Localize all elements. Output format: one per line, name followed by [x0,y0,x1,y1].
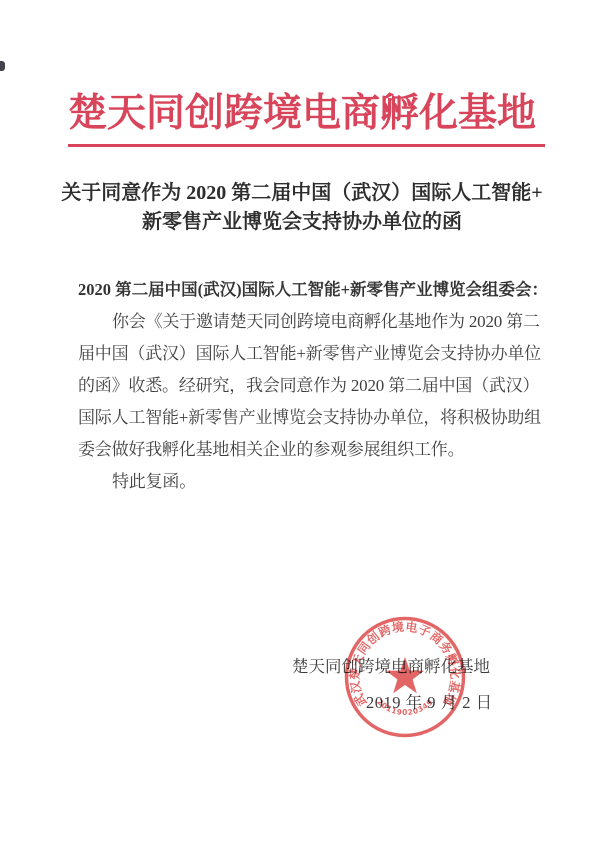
scan-artifact [0,61,5,71]
body-line-4: 国际人工智能+新零售产业博览会支持协办单位，将积极协助组 [78,402,538,434]
document-title-line1: 关于同意作为 2020 第二届中国（武汉）国际人工智能+ [0,179,604,208]
body-line-2: 届中国（武汉）国际人工智能+新零售产业博览会支持协办单位 [78,338,538,370]
letter-body: 你会《关于邀请楚天同创跨境电商孵化基地作为 2020 第二 届中国（武汉）国际人… [78,306,538,498]
body-line-5: 委会做好我孵化基地相关企业的参观参展组织工作。 [78,434,538,466]
salutation: 2020 第二届中国(武汉)国际人工智能+新零售产业博览会组委会： [78,276,548,300]
letter-page: 楚天同创跨境电商孵化基地 关于同意作为 2020 第二届中国（武汉）国际人工智能… [0,0,604,854]
letterhead-title: 楚天同创跨境电商孵化基地 [0,82,604,138]
document-title: 关于同意作为 2020 第二届中国（武汉）国际人工智能+ 新零售产业博览会支持协… [0,179,604,236]
body-line-3: 的函》收悉。经研究，我会同意作为 2020 第二届中国（武汉） [78,370,538,402]
document-title-line2: 新零售产业博览会支持协办单位的函 [0,208,604,237]
official-seal-stamp: 武汉楚天同创跨境电子商务孵化基地 4201190203499 [340,612,470,742]
body-line-1: 你会《关于邀请楚天同创跨境电商孵化基地作为 2020 第二 [78,306,538,338]
closing-line: 特此复函。 [78,466,538,498]
letterhead-divider [68,144,545,147]
seal-star-icon [386,657,424,693]
